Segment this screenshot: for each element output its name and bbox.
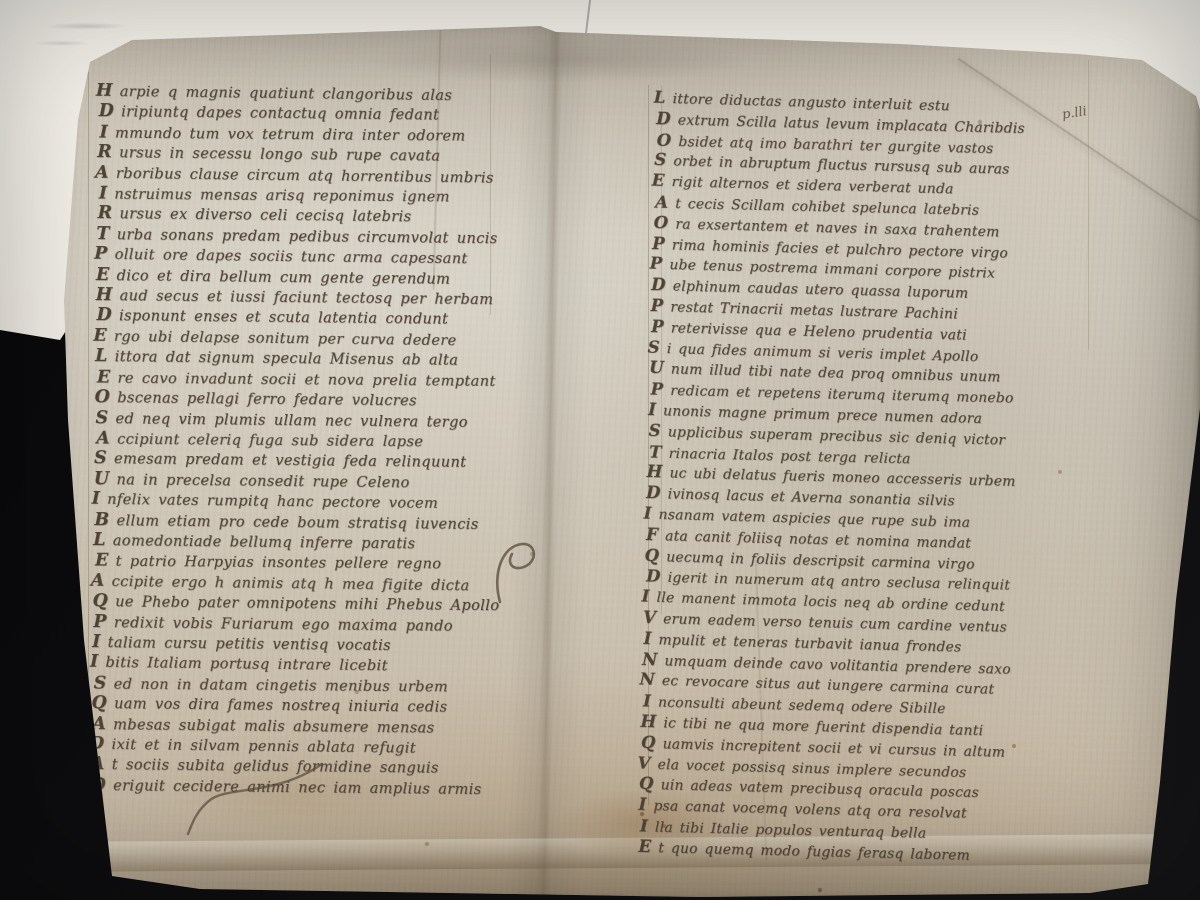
manuscript-photo: Harpie q magnis quatiunt clangoribus ala… [0,0,1200,900]
photo-vignette [0,0,1200,900]
